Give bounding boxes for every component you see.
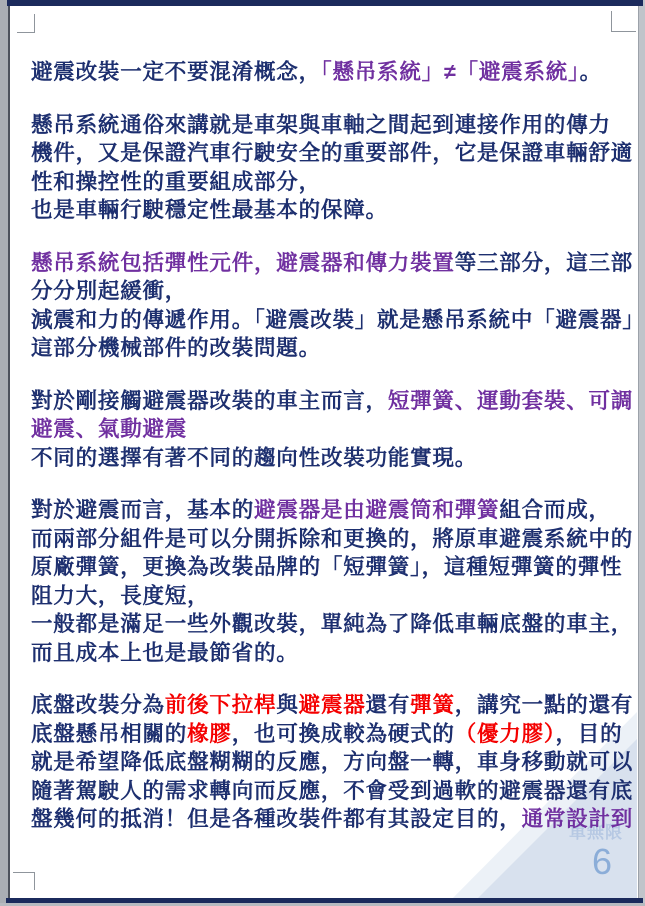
text-run: 而兩部分組件是可以分開拆除和更換的，將原車避震系統中的 — [31, 527, 633, 551]
text-run: 底盤懸吊相關的 — [31, 722, 187, 746]
text-line: 這部分機械部件的改裝問題。 — [31, 334, 635, 363]
text-line: 避震、氣動避震 — [31, 415, 635, 444]
text-line: 原廠彈簧，更換為改裝品牌的「短彈簧」，這種短彈簧的彈性 — [31, 553, 635, 582]
text-line: 底盤改裝分為前後下拉桿與避震器還有彈簧，講究一點的還有 — [31, 691, 635, 720]
text-run: 避震器是由避震筒和彈簧 — [254, 498, 499, 522]
crop-mark-top-left-icon — [17, 14, 35, 33]
text-line: 隨著駕駛人的需求轉向而反應，不會受到過軟的避震器還有底 — [31, 777, 635, 806]
text-run: （優力膠） — [455, 722, 556, 746]
text-run: 底盤改裝分為 — [31, 693, 165, 717]
text-line: 也是車輛行駛穩定性最基本的保障。 — [31, 196, 635, 225]
text-line: 性和操控性的重要組成部分， — [31, 168, 635, 197]
text-line: 懸吊系統包括彈性元件，避震器和傳力裝置等三部分，這三部 — [31, 249, 635, 278]
text-run: 通常設計到 — [522, 807, 634, 831]
text-line: 盤幾何的抵消！但是各種改裝件都有其設定目的，通常設計到 — [31, 805, 635, 834]
text-line: 對於避震而言，基本的避震器是由避震筒和彈簧組合而成， — [31, 496, 635, 525]
paragraph: 避震改裝一定不要混淆概念，「懸吊系統」≠「避震系統」。 — [31, 58, 635, 87]
right-page-edge — [638, 0, 645, 906]
text-run: 與 — [276, 693, 298, 717]
text-line: 底盤懸吊相關的橡膠，也可換成較為硬式的（優力膠），目的 — [31, 720, 635, 749]
crop-mark-top-right-icon — [611, 11, 636, 32]
text-line: 就是希望降低底盤糊糊的反應，方向盤一轉，車身移動就可以 — [31, 748, 635, 777]
text-run: 原廠彈簧，更換為改裝品牌的「短彈簧」，這種短彈簧的彈性 — [31, 555, 622, 579]
text-line: 懸吊系統通俗來講就是車架與車軸之間起到連接作用的傳力 — [31, 111, 635, 140]
text-line: 而兩部分組件是可以分開拆除和更換的，將原車避震系統中的 — [31, 525, 635, 554]
text-line: 機件，又是保證汽車行駛安全的重要部件，它是保證車輛舒適 — [31, 139, 635, 168]
text-run: 還有 — [366, 693, 411, 717]
text-line: 而且成本上也是最節省的。 — [31, 639, 635, 668]
text-run: 減震和力的傳遞作用。「避震改裝」就是懸吊系統中「避震器」 — [31, 308, 645, 332]
paragraph: 對於剛接觸避震器改裝的車主而言，短彈簧、運動套裝、可調避震、氣動避震不同的選擇有… — [31, 387, 635, 473]
text-run: ，講究一點的還有 — [455, 693, 633, 717]
text-run: 就是希望降低底盤糊糊的反應，方向盤一轉，車身移動就可以 — [31, 750, 633, 774]
text-run: 不同的選擇有著不同的趨向性改裝功能實現。 — [31, 446, 477, 470]
text-run: ，目的 — [556, 722, 623, 746]
text-run: 橡膠 — [187, 722, 232, 746]
left-border-line — [8, 0, 10, 906]
text-run: 。 — [580, 60, 602, 84]
text-run: 避震器 — [299, 693, 366, 717]
paragraph: 懸吊系統包括彈性元件，避震器和傳力裝置等三部分，這三部分分別起緩衝，減震和力的傳… — [31, 249, 635, 363]
text-run: 分分別起緩衝， — [31, 279, 187, 303]
text-line: 阻力大，長度短， — [31, 582, 635, 611]
paragraph: 懸吊系統通俗來講就是車架與車軸之間起到連接作用的傳力機件，又是保證汽車行駛安全的… — [31, 111, 635, 225]
text-run: 性和操控性的重要組成部分， — [31, 170, 321, 194]
text-run: 一般都是滿足一些外觀改裝，單純為了降低車輛底盤的車主， — [31, 612, 633, 636]
text-run: 阻力大，長度短， — [31, 584, 209, 608]
text-run: 「懸吊系統」≠「避震系統」 — [321, 60, 580, 84]
text-run: 也是車輛行駛穩定性最基本的保障。 — [31, 198, 388, 222]
text-line: 對於剛接觸避震器改裝的車主而言，短彈簧、運動套裝、可調 — [31, 387, 635, 416]
body-text: 避震改裝一定不要混淆概念，「懸吊系統」≠「避震系統」。懸吊系統通俗來講就是車架與… — [31, 58, 635, 858]
text-run: 隨著駕駛人的需求轉向而反應，不會受到過軟的避震器還有底 — [31, 779, 633, 803]
text-run: 對於剛接觸避震器改裝的車主而言， — [31, 389, 388, 413]
paragraph: 底盤改裝分為前後下拉桿與避震器還有彈簧，講究一點的還有底盤懸吊相關的橡膠，也可換… — [31, 691, 635, 834]
text-run: 避震、氣動避震 — [31, 417, 187, 441]
paragraph: 對於避震而言，基本的避震器是由避震筒和彈簧組合而成，而兩部分組件是可以分開拆除和… — [31, 496, 635, 667]
text-line: 不同的選擇有著不同的趨向性改裝功能實現。 — [31, 444, 635, 473]
text-run: 避震改裝一定不要混淆概念， — [31, 60, 321, 84]
left-page-edge — [0, 0, 8, 906]
top-border-bar — [7, 0, 643, 6]
text-run: 懸吊系統包括彈性元件，避震器和傳力裝置 — [31, 251, 455, 275]
text-run: 這部分機械部件的改裝問題。 — [31, 336, 321, 360]
text-run: 彈簧 — [410, 693, 455, 717]
text-run: 前後下拉桿 — [165, 693, 277, 717]
text-run: 而且成本上也是最節省的。 — [31, 641, 299, 665]
text-line: 減震和力的傳遞作用。「避震改裝」就是懸吊系統中「避震器」 — [31, 306, 635, 335]
text-line: 一般都是滿足一些外觀改裝，單純為了降低車輛底盤的車主， — [31, 610, 635, 639]
text-run: 組合而成， — [499, 498, 611, 522]
text-run: 等三部分，這三部 — [455, 251, 633, 275]
text-run: 對於避震而言，基本的 — [31, 498, 254, 522]
text-run: 懸吊系統通俗來講就是車架與車軸之間起到連接作用的傳力 — [31, 113, 611, 137]
text-run: 盤幾何的抵消！但是各種改裝件都有其設定目的， — [31, 807, 522, 831]
crop-mark-bottom-left-icon — [13, 872, 35, 890]
text-run: 短彈簧、運動套裝、可調 — [388, 389, 633, 413]
text-line: 避震改裝一定不要混淆概念，「懸吊系統」≠「避震系統」。 — [31, 58, 635, 87]
text-line: 分分別起緩衝， — [31, 277, 635, 306]
text-run: 機件，又是保證汽車行駛安全的重要部件，它是保證車輛舒適 — [31, 141, 633, 165]
text-run: ，也可換成較為硬式的 — [232, 722, 455, 746]
